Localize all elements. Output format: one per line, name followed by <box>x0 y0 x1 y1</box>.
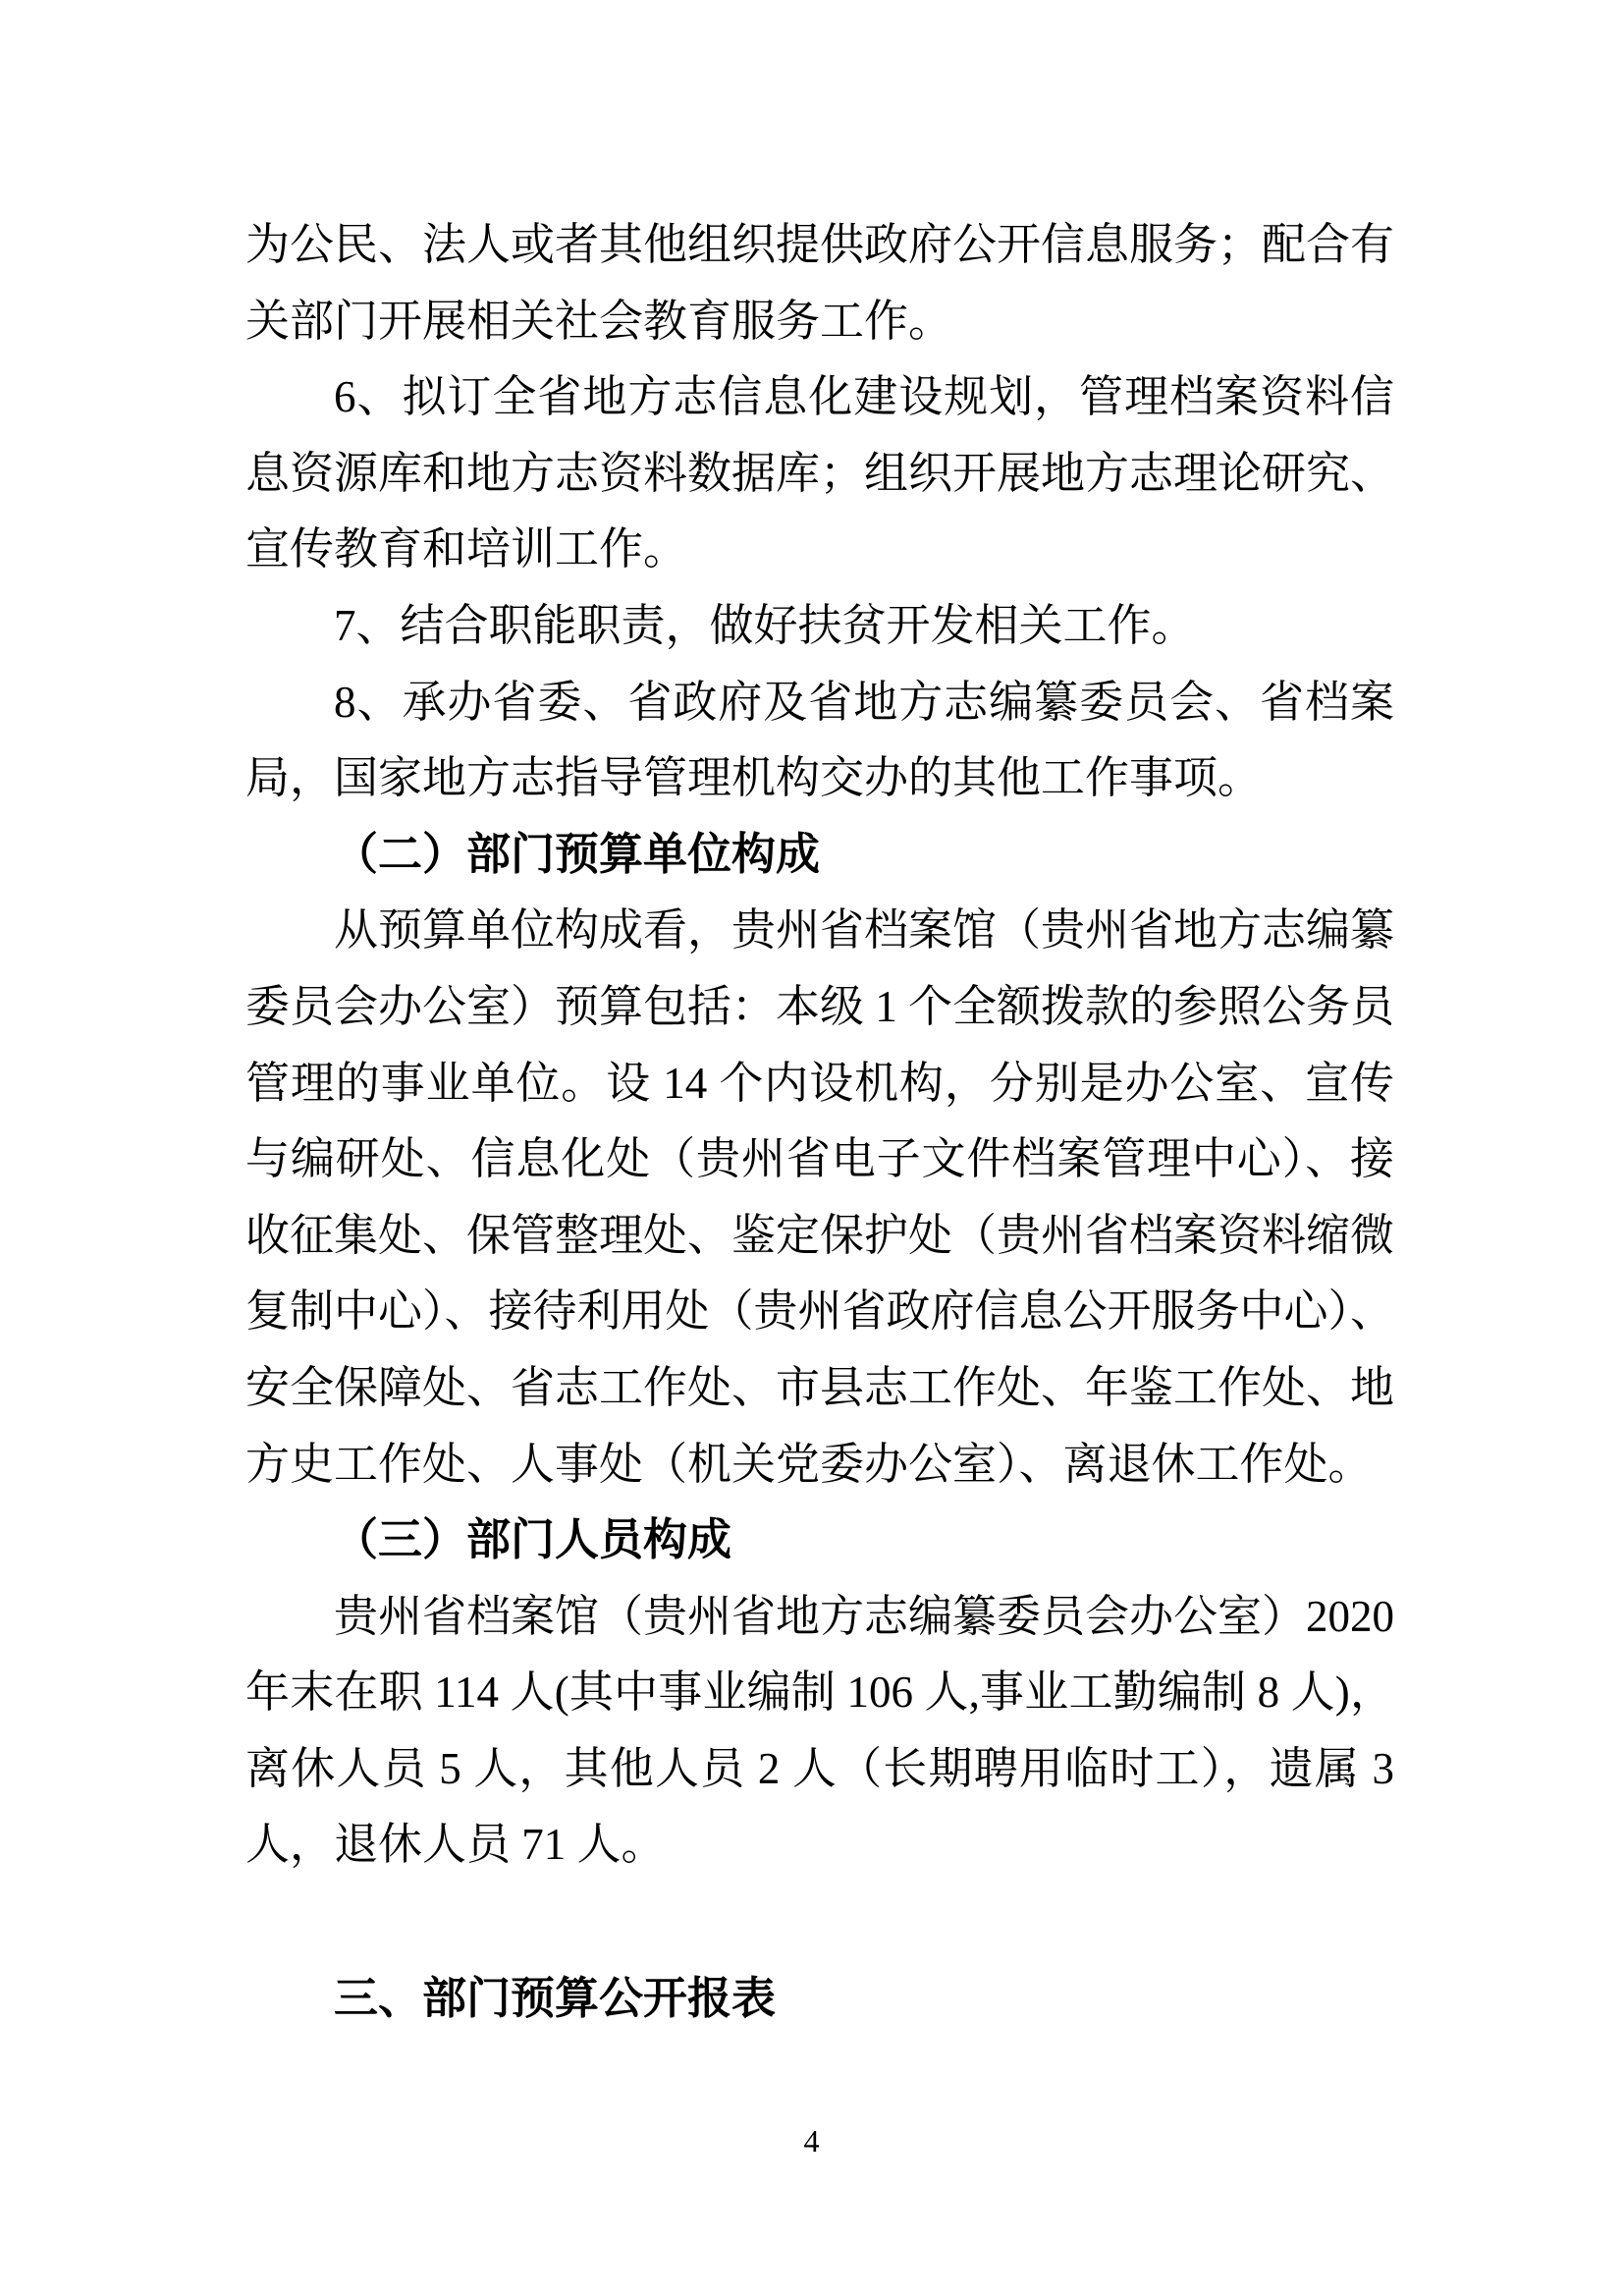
section-heading-budget-public-tables: 三、部门预算公开报表 <box>245 1960 1394 2037</box>
document-body: 为公民、法人或者其他组织提供政府公开信息服务；配合有关部门开展相关社会教育服务工… <box>245 207 1394 2036</box>
paragraph-budget-unit-detail: 从预算单位构成看，贵州省档案馆（贵州省地方志编纂委员会办公室）预算包括：本级 1… <box>245 893 1394 1503</box>
section-heading-budget-unit-composition: （二）部门预算单位构成 <box>245 817 1394 894</box>
paragraph-personnel-detail: 贵州省档案馆（贵州省地方志编纂委员会办公室）2020年末在职 114 人(其中事… <box>245 1579 1394 1884</box>
section-heading-personnel-composition: （三）部门人员构成 <box>245 1503 1394 1579</box>
page-number: 4 <box>0 2121 1623 2160</box>
paragraph-public-info-service: 为公民、法人或者其他组织提供政府公开信息服务；配合有关部门开展相关社会教育服务工… <box>245 207 1394 359</box>
paragraph-item-8: 8、承办省委、省政府及省地方志编纂委员会、省档案局，国家地方志指导管理机构交办的… <box>245 665 1394 817</box>
paragraph-item-6: 6、拟订全省地方志信息化建设规划，管理档案资料信息资源库和地方志资料数据库；组织… <box>245 359 1394 588</box>
document-page: 为公民、法人或者其他组织提供政府公开信息服务；配合有关部门开展相关社会教育服务工… <box>0 0 1623 2296</box>
paragraph-item-7: 7、结合职能职责，做好扶贫开发相关工作。 <box>245 588 1394 665</box>
